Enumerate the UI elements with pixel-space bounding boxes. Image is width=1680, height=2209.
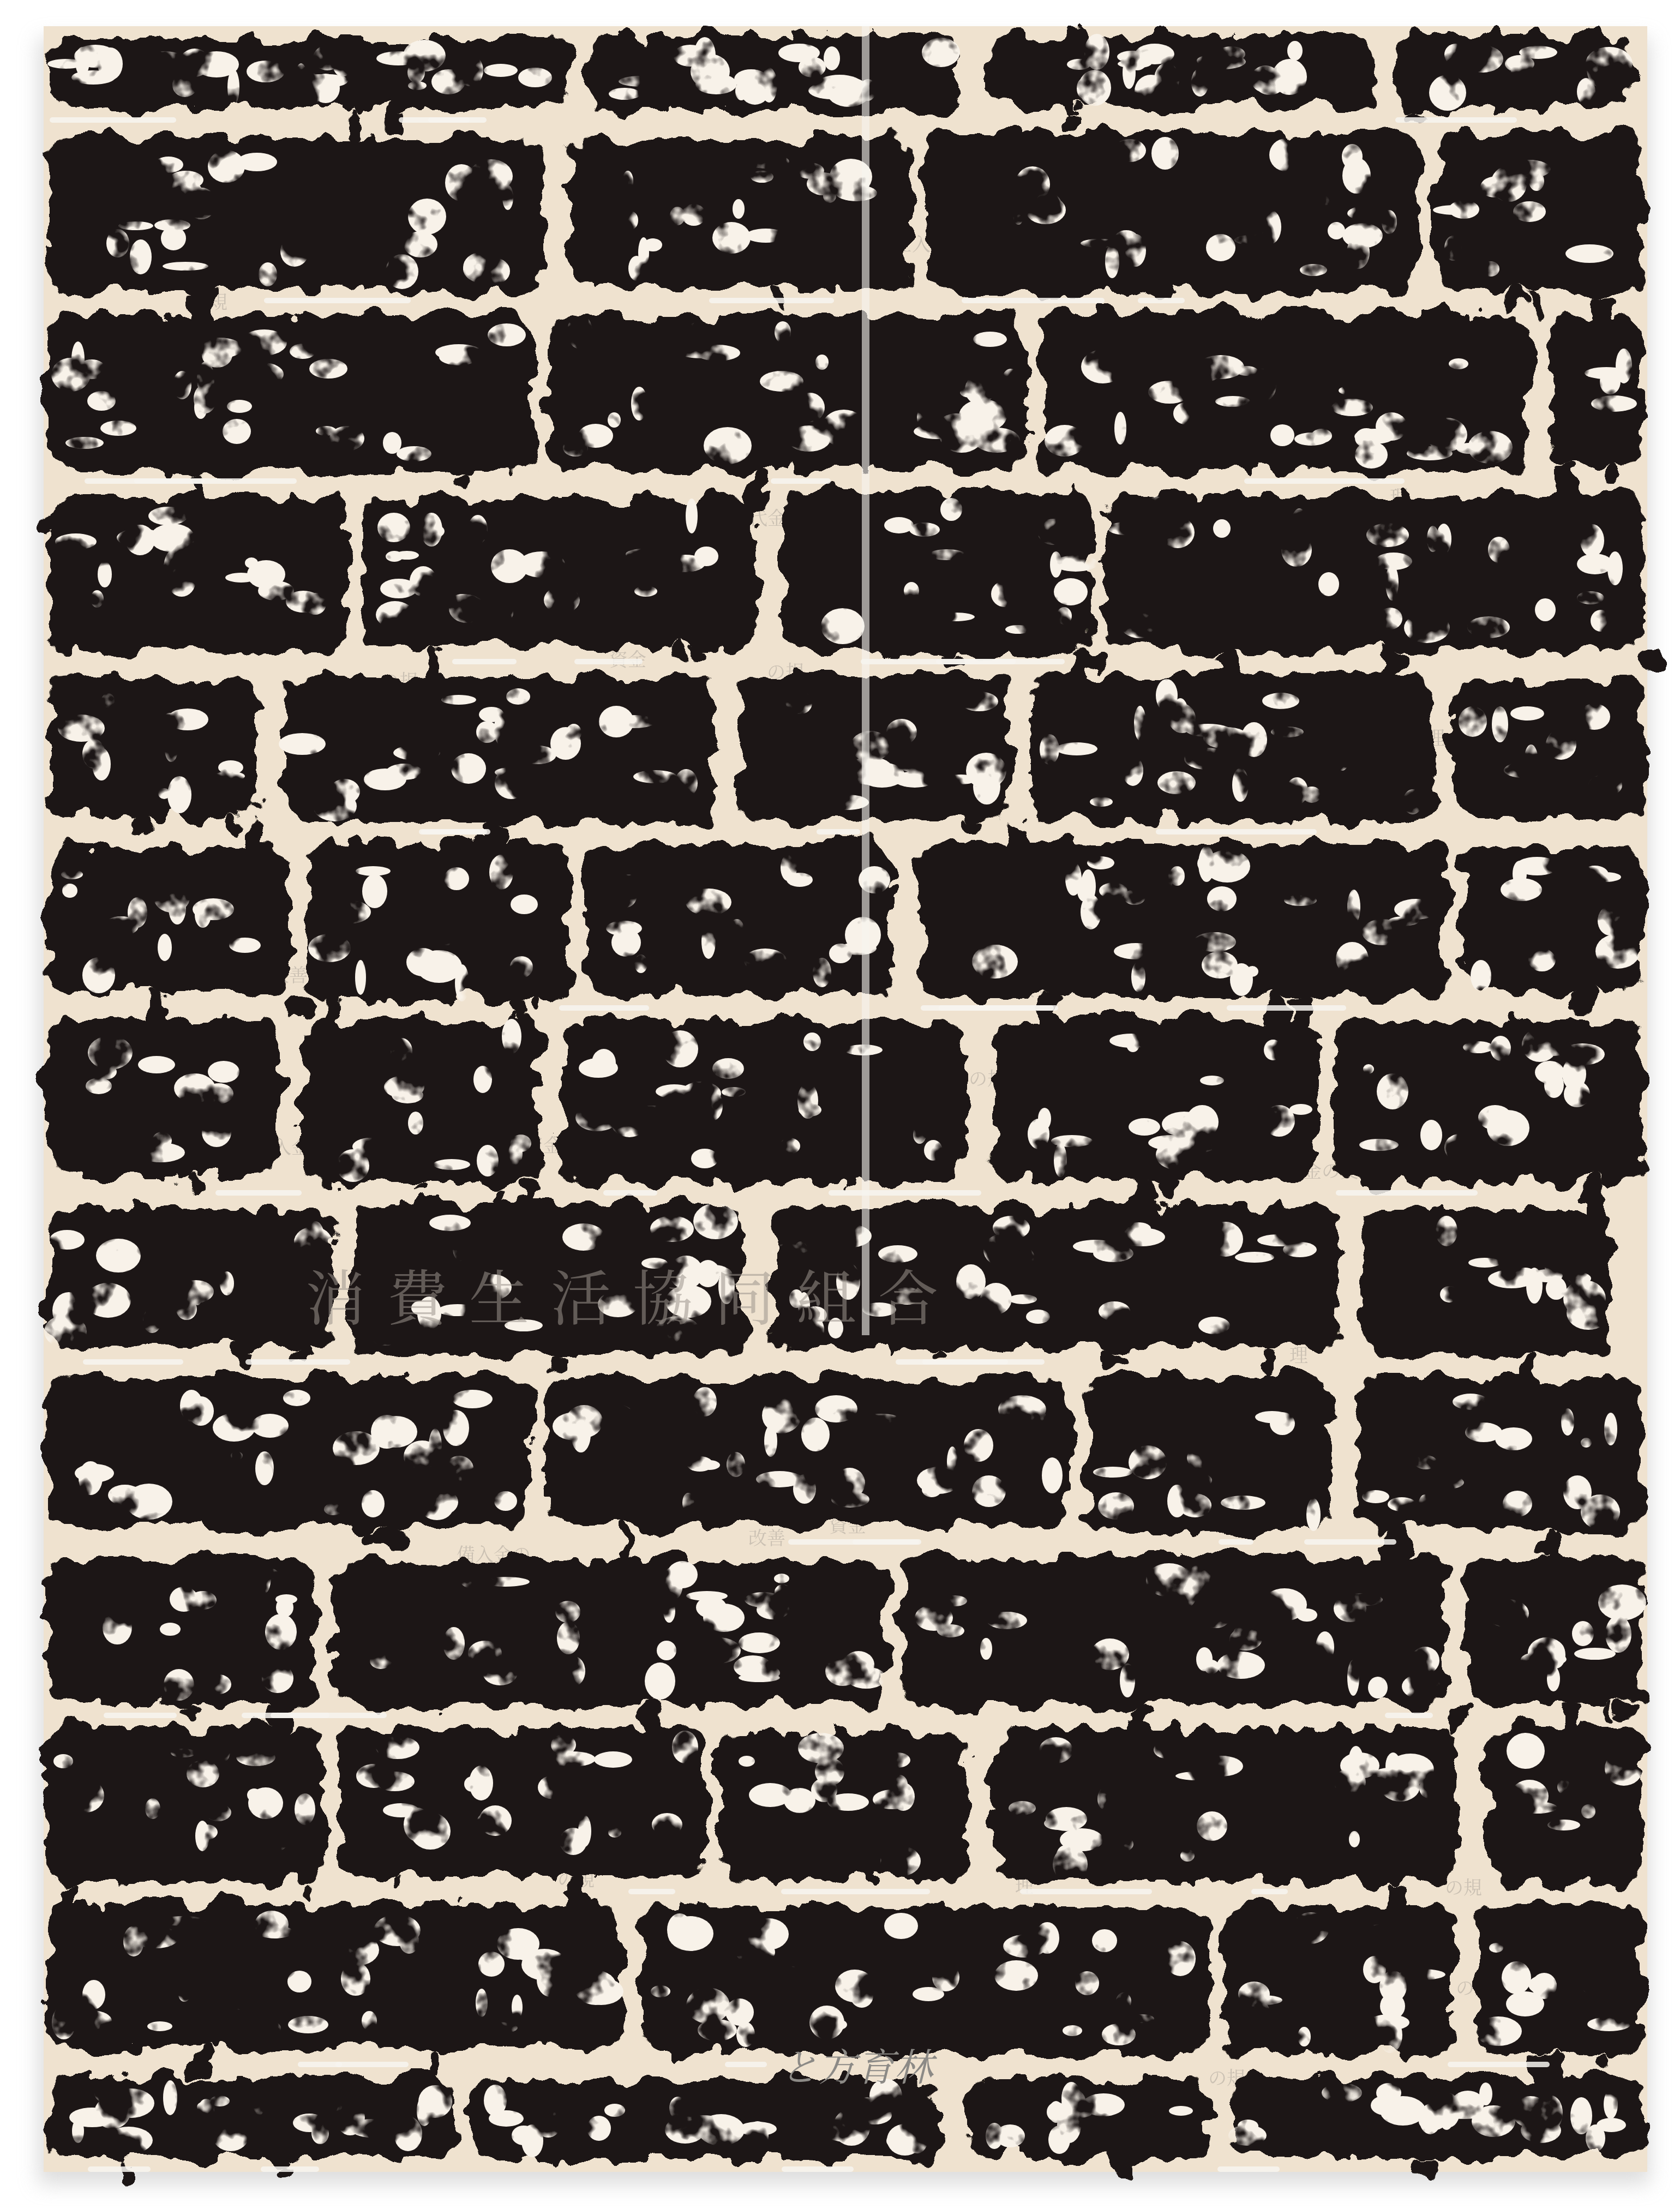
svg-text:改善: 改善: [748, 1528, 785, 1550]
artwork-photo: 理備入金の理仕入代金の支理備入金の理仕入代金の支の規仕入代金の支理備入金のの規資…: [0, 0, 1680, 2209]
artist-signature: と方育林: [780, 2045, 938, 2090]
svg-text:理: 理: [1289, 1345, 1308, 1367]
newsprint-headline: 消費生活協同組合: [305, 1264, 960, 1334]
svg-text:の規: の規: [1445, 1877, 1482, 1899]
painting-canvas: 理備入金の理仕入代金の支理備入金の理仕入代金の支の規仕入代金の支理備入金のの規資…: [0, 0, 1680, 2209]
